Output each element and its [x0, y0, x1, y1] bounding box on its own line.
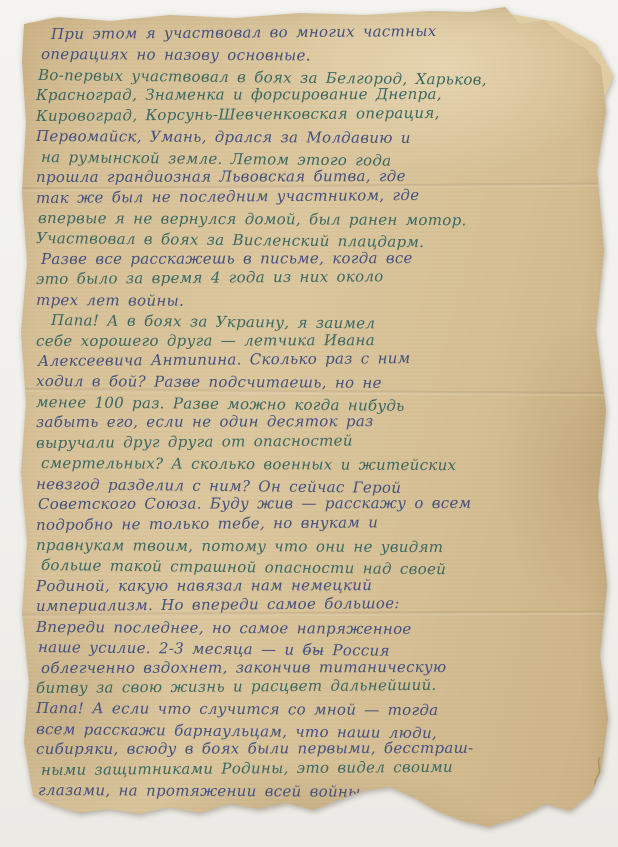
letter-line: Алексеевича Антипина. Сколько раз с ним — [38, 346, 614, 371]
letter-line: ными защитниками Родины, это видел своим… — [41, 755, 614, 780]
letter-line: это было за время 4 года из них около — [36, 265, 614, 290]
letter-line: Кировоград, Корсунь-Шевченковская операц… — [36, 101, 614, 126]
letter-line: так же был не последним участником, где — [36, 183, 614, 208]
letter-paper: При этом я участвовал во многих частныхо… — [0, 0, 618, 847]
letter-line: ходил в бой? Разве подсчитаешь, но не — [36, 371, 614, 394]
paper-wrapper: При этом я участвовал во многих частныхо… — [0, 0, 618, 847]
letter-line: операциях но назову основные. — [41, 44, 614, 67]
letter-line: глазами, на протяжении всей войны. — [38, 780, 614, 803]
pencil-scribble — [586, 753, 608, 805]
letter-line: впервые я не вернулся домой, был ранен м… — [38, 208, 614, 231]
letter-line: трех лет войны. — [36, 290, 614, 313]
letter-line: При этом я участвовал во многих частных — [51, 20, 614, 45]
letter-line: Папа! А если что случится со мной — тогд… — [36, 698, 614, 721]
letter-line: смертельных? А сколько военных и житейск… — [41, 453, 614, 476]
letter-line: империализм. Но впереди самое большое: — [36, 592, 614, 617]
letter-text: При этом я участвовал во многих частныхо… — [36, 24, 614, 801]
letter-line: подробно не только тебе, но внукам и — [36, 510, 614, 535]
scanned-letter-page: При этом я участвовал во многих частныхо… — [0, 0, 618, 847]
letter-line: Впереди последнее, но самое напряженное — [36, 617, 614, 640]
letter-line: Первомайск, Умань, дрался за Молдавию и — [36, 126, 614, 149]
letter-line: выручали друг друга от опасностей — [36, 428, 614, 453]
letter-line: битву за свою жизнь и расцвет дальнейший… — [36, 673, 614, 698]
